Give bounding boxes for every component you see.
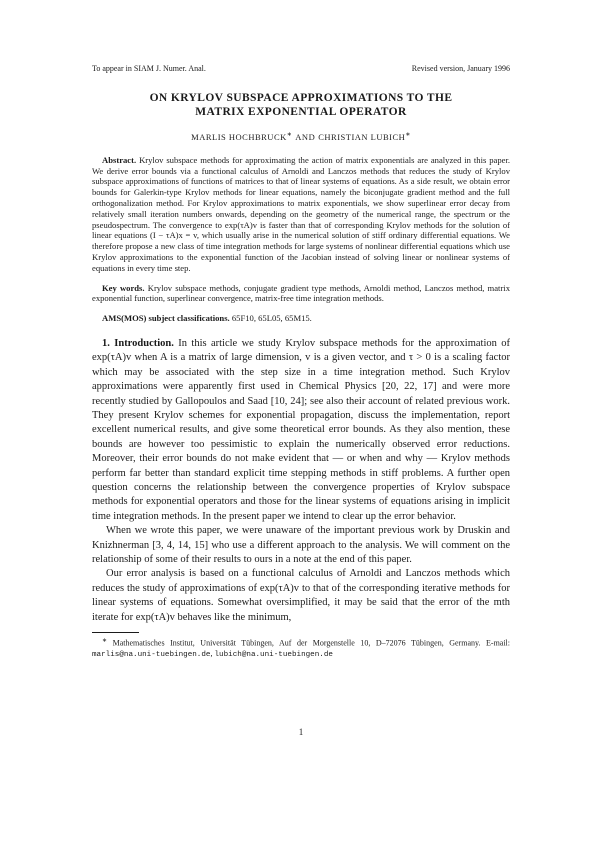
footnote-marker: ∗: [102, 638, 107, 644]
paper-title: ON KRYLOV SUBSPACE APPROXIMATIONS TO THE…: [92, 91, 510, 119]
paper-title-line-2: MATRIX EXPONENTIAL OPERATOR: [92, 105, 510, 119]
author-1-footnote-mark: ∗: [287, 132, 293, 138]
authors-line: MARLIS HOCHBRUCK∗ANDCHRISTIAN LUBICH∗: [92, 131, 510, 142]
keywords-paragraph: Key words. Krylov subspace methods, conj…: [92, 283, 510, 305]
footnote-block: ∗ Mathematisches Institut, Universität T…: [92, 632, 510, 661]
section-heading-introduction: 1. Introduction.: [102, 338, 174, 349]
abstract-label: Abstract.: [102, 155, 136, 165]
ams-label: AMS(MOS) subject classifications.: [102, 313, 230, 323]
affiliation-text: Mathematisches Institut, Universität Tüb…: [113, 639, 510, 648]
abstract-text: Krylov subspace methods for approximatin…: [92, 155, 510, 273]
intro-paragraph-3: Our error analysis is based on a functio…: [92, 567, 510, 625]
paper-page: To appear in SIAM J. Numer. Anal. Revise…: [0, 0, 595, 842]
journal-note: To appear in SIAM J. Numer. Anal.: [92, 64, 206, 74]
author-1: MARLIS HOCHBRUCK: [191, 132, 287, 142]
email-address-1: marlis@na.uni-tuebingen.de: [92, 651, 210, 659]
ams-paragraph: AMS(MOS) subject classifications. 65F10,…: [92, 313, 510, 324]
intro-paragraph-1: 1. Introduction. In this article we stud…: [92, 337, 510, 524]
page-content: To appear in SIAM J. Numer. Anal. Revise…: [92, 64, 510, 661]
author-2: CHRISTIAN LUBICH: [318, 132, 405, 142]
running-head: To appear in SIAM J. Numer. Anal. Revise…: [92, 64, 510, 74]
intro-paragraph-2: When we wrote this paper, we were unawar…: [92, 524, 510, 567]
paper-title-line-1: ON KRYLOV SUBSPACE APPROXIMATIONS TO THE: [92, 91, 510, 105]
abstract-paragraph: Abstract. Krylov subspace methods for ap…: [92, 155, 510, 274]
author-2-footnote-mark: ∗: [405, 132, 411, 138]
authors-conjunction: AND: [295, 132, 315, 142]
email-address-2: lubich@na.uni-tuebingen.de: [214, 651, 332, 659]
ams-text: 65F10, 65L05, 65M15.: [232, 313, 312, 323]
footnote-rule: [92, 632, 139, 633]
keywords-label: Key words.: [102, 283, 145, 293]
intro-paragraph-1-text: In this article we study Krylov subspace…: [92, 338, 510, 522]
keywords-text: Krylov subspace methods, conjugate gradi…: [92, 283, 510, 304]
revision-note: Revised version, January 1996: [412, 64, 510, 74]
affiliation-footnote: ∗ Mathematisches Institut, Universität T…: [92, 636, 510, 661]
page-number: 1: [92, 727, 510, 737]
